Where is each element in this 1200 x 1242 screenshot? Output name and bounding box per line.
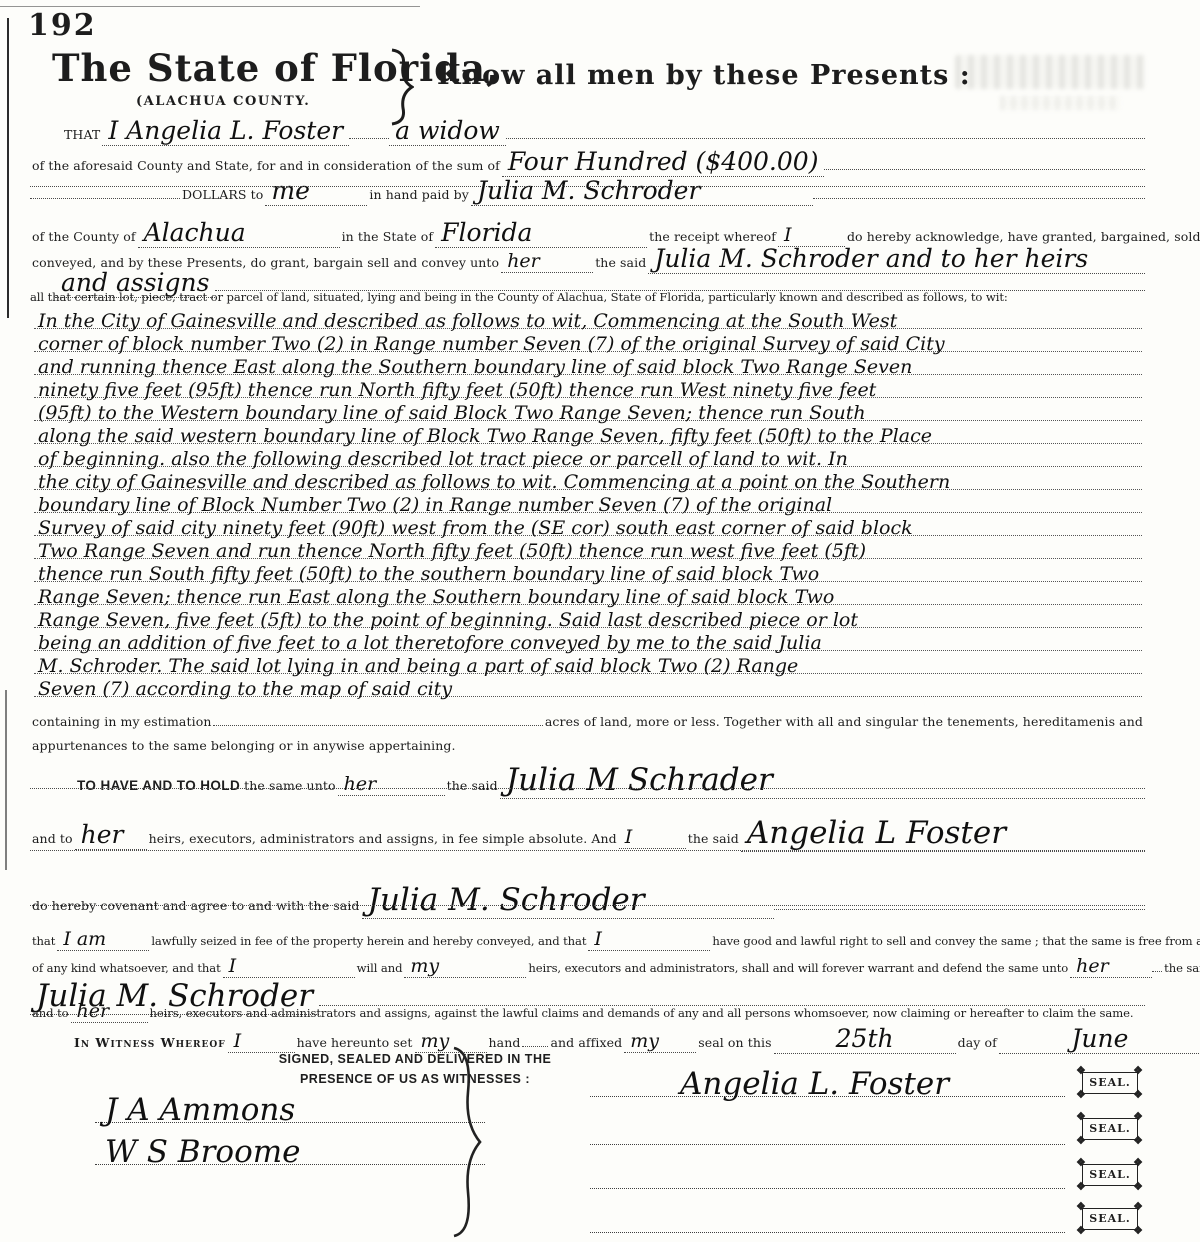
that-label: THAT [62, 127, 102, 142]
warrant-my-entry: my [404, 955, 526, 978]
grantor-signature: Angelia L. Foster [680, 1066, 949, 1102]
habendum-grantee-entry: Julia M Schrader [500, 762, 1145, 799]
scan-smudge [1000, 96, 1120, 110]
premises-line: boundary line of Block Number Two (2) in… [34, 489, 1142, 513]
all-that-label: all that certain lot, piece, tract or pa… [30, 290, 1008, 304]
habendum-row: TO HAVE AND TO HOLD the same unto her th… [75, 762, 1145, 799]
habendum-her-entry: her [338, 773, 445, 796]
dollars-to-entry: me [265, 176, 367, 206]
deed-document-page: 192 The State of Florida, Know all men b… [0, 0, 1200, 1242]
blank-rule [30, 905, 1145, 906]
seized-label: lawfully seized in fee of the property h… [149, 934, 588, 948]
grantor-status-entry: a widow [389, 116, 506, 146]
seal-label: SEAL. [1089, 1168, 1130, 1181]
payer-entry: Julia M. Schroder [471, 176, 813, 206]
witness-heading-line2: PRESENCE OF US AS WITNESSES : [200, 1072, 630, 1086]
premises-line: the city of Gainesville and described as… [34, 466, 1142, 490]
consideration-label: of the aforesaid County and State, for a… [30, 158, 502, 173]
witness-heading-line1: SIGNED, SEALED AND DELIVERED IN THE [200, 1052, 630, 1066]
seal-stamp: ❖❖ ❖❖ SEAL. [1082, 1164, 1138, 1186]
appurtenances-label: appurtenances to the same belonging or i… [30, 738, 458, 753]
witness1-signature-line: J A Ammons [95, 1092, 485, 1123]
blank-signature-line [590, 1230, 1065, 1233]
seized-i-entry: I [588, 928, 710, 951]
warrant-i-entry: I [223, 955, 355, 978]
signature-section: SIGNED, SEALED AND DELIVERED IN THE PRES… [30, 1046, 1170, 1242]
blank-signature-line [590, 1186, 1065, 1189]
grantor-name-entry: I Angelia L. Foster [102, 116, 349, 146]
county-heading: (ALACHUA COUNTY. [136, 94, 310, 109]
premises-line: (95ft) to the Western boundary line of s… [34, 397, 1142, 421]
grantor-mid-entry: Angelia L Foster [741, 815, 1145, 852]
and-to-label: and to [30, 831, 75, 846]
fee-said-label: the said [686, 831, 741, 846]
seal-stamp: ❖❖ ❖❖ SEAL. [1082, 1072, 1138, 1094]
fee-i-entry: I [619, 826, 686, 849]
witness2-signature-line: W S Broome [95, 1134, 485, 1165]
heirs-warrant-label: heirs, executors and administrators, sha… [526, 961, 1070, 975]
consideration-row: of the aforesaid County and State, for a… [30, 147, 1145, 177]
premises-line: In the City of Gainesville and described… [34, 305, 1142, 329]
grantor-signature-line: Angelia L. Foster [590, 1064, 1065, 1097]
premises-line: Range Seven; thence run East along the S… [34, 581, 1142, 605]
premises-line: Survey of said city ninety feet (90ft) w… [34, 512, 1142, 536]
premises-line: Range Seven, five feet (5ft) to the poin… [34, 604, 1142, 628]
that2-label: that [30, 934, 57, 948]
heirs-simple-label: heirs, executors, administrators and ass… [147, 831, 619, 846]
proclamation-heading: Know all men by these Presents : [437, 60, 971, 91]
seal-label: SEAL. [1089, 1076, 1130, 1089]
premises-line: corner of block number Two (2) in Range … [34, 328, 1142, 352]
premises-line: of beginning. also the following describ… [34, 443, 1142, 467]
witness2-signature: W S Broome [105, 1134, 300, 1170]
premises-line: Seven (7) according to the map of said c… [34, 673, 1142, 697]
payment-row: DOLLARS to me in hand paid by Julia M. S… [30, 176, 1145, 206]
acres-label: acres of land, more or less. Together wi… [543, 714, 1145, 729]
premises-line: Two Range Seven and run thence North fif… [34, 535, 1142, 559]
acknowledge-label: do hereby acknowledge, have granted, bar… [845, 229, 1200, 244]
blank-rule [30, 788, 1145, 789]
seal-label: SEAL. [1089, 1122, 1130, 1135]
habendum-said-label: the said [445, 778, 500, 793]
scan-edge-mark [7, 18, 9, 318]
fee-simple-row: and to her heirs, executors, administrat… [30, 815, 1145, 852]
any-kind-label: of any kind whatsoever, and that [30, 961, 223, 975]
scan-edge-mark [0, 6, 420, 7]
grantor-row: THAT I Angelia L. Foster a widow [62, 116, 1145, 146]
premises-line: being an addition of five feet to a lot … [34, 627, 1142, 651]
containing-label: containing in my estimation [30, 714, 213, 729]
to-have-label: TO HAVE AND TO HOLD [75, 778, 242, 793]
i-am-entry: I am [57, 928, 149, 951]
premises-line: thence run South fifty feet (50ft) to th… [34, 558, 1142, 582]
appurtenances-row: appurtenances to the same belonging or i… [30, 738, 1145, 753]
blank-signature-line [590, 1142, 1065, 1145]
warrant-row: of any kind whatsoever, and that I will … [30, 955, 1145, 978]
premises-line: M. Schroder. The said lot lying in and b… [34, 650, 1142, 674]
claims-row: and to her heirs, executors and administ… [30, 1000, 1145, 1023]
witness-brace-icon [448, 1046, 482, 1242]
seized-row: that I am lawfully seized in fee of the … [30, 928, 1145, 951]
seal-stamp: ❖❖ ❖❖ SEAL. [1082, 1208, 1138, 1230]
lawful-right-label: have good and lawful right to sell and c… [710, 934, 1200, 948]
heirs-against-label: heirs, executors and administrators and … [148, 1006, 1136, 1020]
premises-line: along the said western boundary line of … [34, 420, 1142, 444]
blank-rule [30, 186, 1145, 187]
receipt-label: the receipt whereof [647, 229, 778, 244]
paid-by-label: in hand paid by [367, 187, 471, 202]
scan-edge-mark [5, 690, 7, 870]
witness1-signature: J A Ammons [105, 1092, 295, 1128]
seal-stamp: ❖❖ ❖❖ SEAL. [1082, 1118, 1138, 1140]
warrant-said-label: the said [1162, 961, 1200, 975]
and-to2-label: and to [30, 1006, 71, 1020]
containing-row: containing in my estimation acres of lan… [30, 714, 1145, 729]
warrant-her-entry: her [1070, 955, 1152, 978]
covenant-grantee-entry: Julia M. Schroder [362, 882, 774, 919]
premises-line: and running thence East along the Southe… [34, 351, 1142, 375]
dollars-to-label: DOLLARS to [180, 187, 265, 202]
claims-her-entry: her [71, 1000, 148, 1023]
covenant-row: do hereby covenant and agree to and with… [30, 882, 1145, 919]
will-and-label: will and [355, 961, 405, 975]
seal-label: SEAL. [1089, 1212, 1130, 1225]
premises-line: ninety five feet (95ft) thence run North… [34, 374, 1142, 398]
premises-intro-row: all that certain lot, piece, tract or pa… [30, 290, 1145, 304]
in-state-label: in the State of [340, 229, 436, 244]
same-unto-label: the same unto [242, 778, 338, 793]
fee-her-entry: her [75, 820, 147, 850]
blank-rule [30, 850, 1145, 851]
sum-entry: Four Hundred ($400.00) [502, 147, 825, 177]
document-title: The State of Florida, [52, 46, 500, 90]
of-county-label: of the County of [30, 229, 138, 244]
page-number: 192 [28, 8, 97, 43]
scan-smudge [955, 55, 1145, 89]
